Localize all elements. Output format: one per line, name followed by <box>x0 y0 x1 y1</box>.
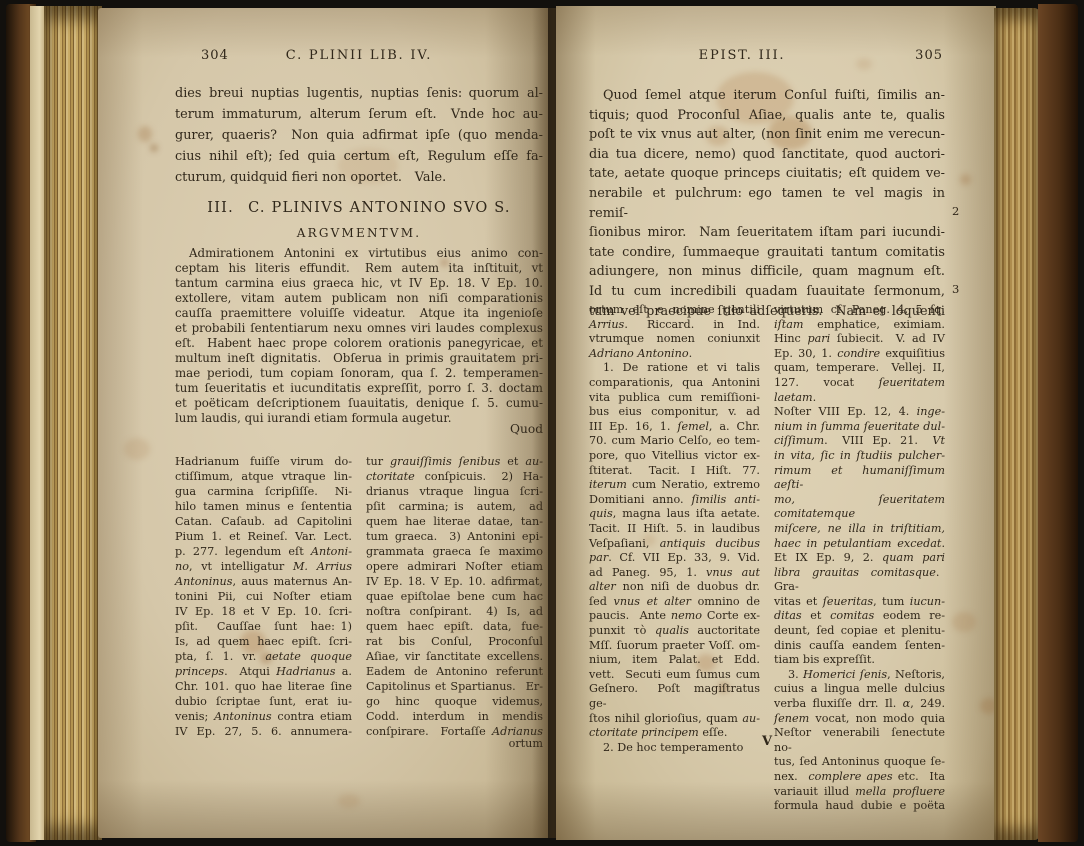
foxing-spot <box>124 438 150 460</box>
text-line: Codd. interdum in mendis <box>366 709 543 724</box>
text-line: alter non niſi de duobus dr. <box>589 580 760 595</box>
text-line: par. Cf. VII Ep. 33, 9. Vid. <box>589 551 760 566</box>
foxing-spot <box>952 612 976 632</box>
text-line: extollere, vitam autem publicam non niſi… <box>175 291 543 306</box>
text-line: mae periodi, tum copiam ſonoram, qua ſ. … <box>175 366 543 381</box>
foxing-spot <box>138 126 152 142</box>
text-line: gua carmina ſcripſiſſe. Ni- <box>175 484 352 499</box>
text-line: noſtra conſpirant. 4) Is, ad <box>366 604 543 619</box>
text-line: ctoritate conſpicuis. 2) Ha- <box>366 469 543 484</box>
text-line: tonini Pii, cui Noſter etiam <box>175 589 352 604</box>
text-line: adiungere, non minus difficile, quam mag… <box>589 262 945 282</box>
text-line: haec in petulantiam excedat. <box>774 537 945 552</box>
text-line: ſtiterat. Tacit. I Hiſt. 77. <box>589 464 760 479</box>
text-line: variauit illud mella profluere <box>774 785 945 800</box>
right-running-title: EPIST. III. <box>589 48 945 63</box>
catchword-ortum: ortum <box>366 736 543 751</box>
text-line: quae epiſtolae bene cum hac <box>366 589 543 604</box>
foxing-spot <box>150 144 158 152</box>
text-line: Eadem de Antonino referunt <box>366 664 543 679</box>
commentary-column-1: Hadrianum fuiſſe virum do-ctiſſimum, atq… <box>175 454 352 739</box>
text-line: ſenem vocat, non modo quia <box>774 712 945 727</box>
section-number-2: 2 <box>952 204 959 218</box>
text-line: cuius a lingua melle dulcius <box>774 682 945 697</box>
text-line: IV Ep. 18. V Ep. 10. adfirmat, <box>366 574 543 589</box>
left-page-number: 304 <box>201 48 229 63</box>
text-line: vitas et ſeueritas, tum iucun- <box>774 595 945 610</box>
text-line: drianus vtraque lingua ſcri- <box>366 484 543 499</box>
commentary-columns: Hadrianum fuiſſe virum do-ctiſſimum, atq… <box>175 454 543 739</box>
right-page-number: 305 <box>915 48 943 63</box>
page-fore-edge-stack <box>44 6 102 840</box>
text-line: 70. cum Mario Celſo, eo tem- <box>589 434 760 449</box>
text-line: Catan. Caſaub. ad Capitolini <box>175 514 352 529</box>
text-line: III Ep. 16, 1. ſemel, a. Chr. <box>589 420 760 435</box>
text-line: quem haec epiſt. data, fue- <box>366 619 543 634</box>
section-number-3: 3 <box>952 282 959 296</box>
text-line: in vita, ſic in ſtudiis pulcher- <box>774 449 945 464</box>
text-line: virtutum cf. Paneg. 4, 5 ſq. <box>774 303 945 318</box>
text-line: ſionibus miror. Nam ſeueritatem iſtam pa… <box>589 223 945 243</box>
text-line: poſt te vix vnus aut alter, (non ſinit e… <box>589 125 945 145</box>
text-line: iſtam emphatice, eximiam. <box>774 318 945 333</box>
text-line: dies breui nuptias lugentis, nuptias ſen… <box>175 83 543 104</box>
text-line: punxit τὸ qualis auctoritate <box>589 624 760 639</box>
text-line: tus, ſed Antoninus quoque ſe- <box>774 755 945 770</box>
text-line: tate, aetate quoque princeps ciuitatis; … <box>589 164 945 184</box>
left-page: 304 C. PLINII LIB. IV. dies breui nuptia… <box>98 8 548 838</box>
text-line: ctiſſimum, atque vtraque lin- <box>175 469 352 484</box>
right-cover-board <box>1038 4 1078 842</box>
text-line: vtrumque nomen coniunxit <box>589 332 760 347</box>
text-line: pta, ſ. 1. vr. aetate quoque <box>175 649 352 664</box>
text-line: grammata graeca ſe maximo <box>366 544 543 559</box>
text-line: tum ſeueritatis et iucunditatis expreſſi… <box>175 381 543 396</box>
text-line: nium, item Palat. et Edd. <box>589 653 760 668</box>
text-line: quam, temperare. Vellej. II, <box>774 361 945 376</box>
text-line: tum graeca. 3) Antonini epi- <box>366 529 543 544</box>
commentary-column-2: tur grauiſſimis ſenibus et au-ctoritate … <box>366 454 543 739</box>
text-line: p. 277. legendum eſt Antoni- <box>175 544 352 559</box>
letter-iii-body-text: Quod ſemel atque iterum Conſul fuiſti, ſ… <box>589 86 945 321</box>
text-line: deunt, ſed copiae et plenitu- <box>774 624 945 639</box>
text-line: tantum carmina eius graeca hic, vt IV Ep… <box>175 276 543 291</box>
text-line: quem hae literae datae, tan- <box>366 514 543 529</box>
left-page-header: 304 C. PLINII LIB. IV. <box>175 48 543 68</box>
text-line: 3. Homerici ſenis, Neſtoris, <box>774 668 945 683</box>
text-line: 1. De ratione et vi talis <box>589 361 760 376</box>
text-line: bus eius componitur, v. ad <box>589 405 760 420</box>
text-line: pſit carmina; is autem, ad <box>366 499 543 514</box>
text-line: opere admirari Noſter etiam <box>366 559 543 574</box>
right-page-header: EPIST. III. 305 <box>589 48 945 68</box>
argumentum-heading: ARGVMENTVM. <box>175 226 543 240</box>
text-line: tate condire, ſummaeque grauitati tantum… <box>589 243 945 263</box>
text-line: dubio ſcriptae ſunt, erat iu- <box>175 694 352 709</box>
argumentum-text: Admirationem Antonini ex virtutibus eius… <box>175 246 543 426</box>
text-line: ad Paneg. 95, 1. vnus aut <box>589 566 760 581</box>
text-line: ditas et comitas eodem re- <box>774 609 945 624</box>
text-line: verba fluxiſſe drr. Il. α, 249. <box>774 697 945 712</box>
text-line: go hinc quoque videmus, <box>366 694 543 709</box>
text-line: Admirationem Antonini ex virtutibus eius… <box>175 246 543 261</box>
text-line: IV Ep. 27, 5. 6. annumera- <box>175 724 352 739</box>
text-line: cauſſa praemittere voluiſſe videatur. At… <box>175 306 543 321</box>
text-line: vett. Secuti eum ſumus cum <box>589 668 760 683</box>
text-line: paucis. Ante nemo Corte ex- <box>589 609 760 624</box>
text-line: ceptam his literis effundit. Rem autem i… <box>175 261 543 276</box>
text-line: IV Ep. 18 et V Ep. 10. ſcri- <box>175 604 352 619</box>
text-line: ſtos nihil glorioſius, quam au- <box>589 712 760 727</box>
text-line: Hinc pari ſubiecit. V. ad IV <box>774 332 945 347</box>
signature-mark: V <box>589 734 945 749</box>
text-line: Adriano Antonino. <box>589 347 760 362</box>
text-line: Mſſ. ſuorum praeter Voſſ. om- <box>589 639 760 654</box>
text-line: princeps. Atqui Hadrianus a. <box>175 664 352 679</box>
text-line: tiam bis expreſſit. <box>774 653 945 668</box>
text-line: 127. vocat ſeueritatem laetam. <box>774 376 945 405</box>
text-line: Antoninus, auus maternus An- <box>175 574 352 589</box>
text-line: quis, magna laus iſta aetate. <box>589 507 760 522</box>
text-line: comparationis, qua Antonini <box>589 376 760 391</box>
text-line: rat bis Conſul, Proconſul <box>366 634 543 649</box>
foxing-spot <box>960 174 971 185</box>
text-line: vita publica cum remiſſioni- <box>589 391 760 406</box>
text-line: gurer, quaeris? Non quia adfirmat ipſe (… <box>175 125 543 146</box>
text-line: Noſter VIII Ep. 12, 4. inge- <box>774 405 945 420</box>
text-line: nerabile et pulchrum: ego tamen te vel m… <box>589 184 945 223</box>
text-line: et poëticam deſcriptionem ſuauitatis, de… <box>175 396 543 411</box>
text-line: Is, ad quem haec epiſt. ſcri- <box>175 634 352 649</box>
text-line: iterum cum Neratio, extremo <box>589 478 760 493</box>
catchword-quod: Quod <box>175 422 543 436</box>
text-line: nium in ſumma ſeueritate dul- <box>774 420 945 435</box>
text-line: ortum eſt e nomine gentili <box>589 303 760 318</box>
text-line: Et IX Ep. 9, 2. quam pari <box>774 551 945 566</box>
text-line: Arrius. Riccard. in Ind. <box>589 318 760 333</box>
text-line: Aſiae, vir ſanctitate excellens. <box>366 649 543 664</box>
text-line: no, vt intelligatur M. Arrius <box>175 559 352 574</box>
text-line: Hadrianum fuiſſe virum do- <box>175 454 352 469</box>
text-line: dinis cauſſa eandem ſenten- <box>774 639 945 654</box>
text-line: ſed vnus et alter omnino de <box>589 595 760 610</box>
foxing-spot <box>338 794 360 808</box>
text-line: tiquis; quod Proconſul Aſiae, qualis ant… <box>589 106 945 126</box>
text-line: terum immaturum, alterum ſerum eſt. Vnde… <box>175 104 543 125</box>
text-line: formula haud dubie e poëta <box>774 799 945 814</box>
text-line: rimum et humaniſſimum aeſti- <box>774 464 945 493</box>
text-line: cturum, quidquid fieri non oportet. Vale… <box>175 167 543 188</box>
text-line: ciſſimum. VIII Ep. 21. Vt <box>774 434 945 449</box>
text-line: pore, quo Vitellius victor ex- <box>589 449 760 464</box>
text-line: cius nihil eſt); ſed quia certum eſt, Re… <box>175 146 543 167</box>
text-line: Chr. 101. quo hae literae ſine <box>175 679 352 694</box>
text-line: Ep. 30, 1. condire exquiſitius <box>774 347 945 362</box>
text-line: hilo tamen minus e ſententia <box>175 499 352 514</box>
text-line: Capitolinus et Spartianus. Er- <box>366 679 543 694</box>
right-page: EPIST. III. 305 Quod ſemel atque iterum … <box>556 6 996 840</box>
text-line: Tacit. II Hiſt. 5. in laudibus <box>589 522 760 537</box>
text-line: Pium 1. et Reineſ. Var. Lect. <box>175 529 352 544</box>
text-line: dia tua dicere, nemo) quod ſanctitate, q… <box>589 145 945 165</box>
text-line: nex. complere apes etc. Ita <box>774 770 945 785</box>
text-line: miſcere, ne illa in triſtitiam, <box>774 522 945 537</box>
text-line: eſt. Habent haec prope colorem orationis… <box>175 336 543 351</box>
right-page-edge-stack <box>994 8 1040 840</box>
text-line: pſit. Cauſſae ſunt hae: 1) <box>175 619 352 634</box>
left-running-title: C. PLINII LIB. IV. <box>175 48 543 63</box>
text-line: multum ineſt dignitatis. Obſerua in prim… <box>175 351 543 366</box>
text-line: Geſnero. Poſt magiſtratus ge- <box>589 682 760 711</box>
text-line: Domitiani anno. ſimilis anti- <box>589 493 760 508</box>
text-line: tur grauiſſimis ſenibus et au- <box>366 454 543 469</box>
text-line: Id tu cum incredibili quadam ſuauitate ſ… <box>589 282 945 302</box>
text-line: libra grauitas comitasque. Gra- <box>774 566 945 595</box>
text-line: et probabili ſententiarum nexu omnes vir… <box>175 321 543 336</box>
text-line: mo, ſeueritatem comitatemque <box>774 493 945 522</box>
letter-ii-ending-text: dies breui nuptias lugentis, nuptias ſen… <box>175 83 543 188</box>
text-line: venis; Antoninus contra etiam <box>175 709 352 724</box>
book-photo: 304 C. PLINII LIB. IV. dies breui nuptia… <box>0 0 1084 846</box>
text-line: Quod ſemel atque iterum Conſul fuiſti, ſ… <box>589 86 945 106</box>
letter-iii-heading: III. C. PLINIVS ANTONINO SVO S. <box>175 200 543 216</box>
text-line: Veſpaſiani, antiquis ducibus <box>589 537 760 552</box>
